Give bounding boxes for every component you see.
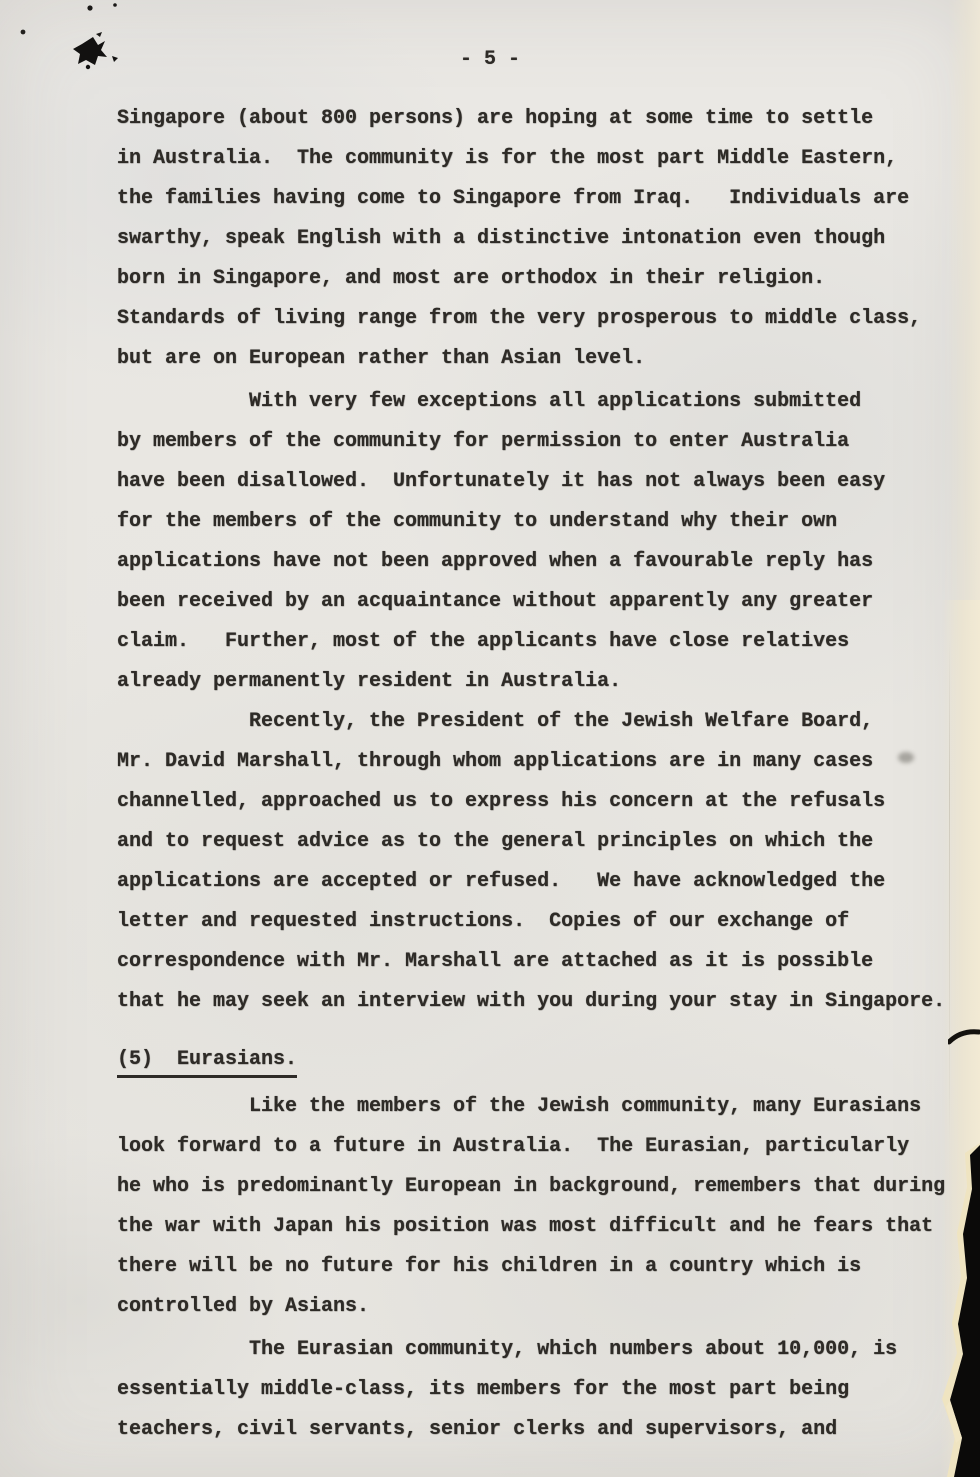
text-line: in Australia. The community is for the m… — [117, 139, 977, 179]
text-line: he who is predominantly European in back… — [117, 1167, 977, 1207]
text-line: With very few exceptions all application… — [117, 382, 977, 422]
text-column: Singapore (about 800 persons) are hoping… — [0, 0, 980, 1477]
paragraph: Like the members of the Jewish community… — [117, 1087, 977, 1327]
text-line: The Eurasian community, which numbers ab… — [117, 1330, 977, 1370]
text-line: claim. Further, most of the applicants h… — [117, 622, 977, 662]
text-line: born in Singapore, and most are orthodox… — [117, 259, 977, 299]
text-line: by members of the community for permissi… — [117, 422, 977, 462]
text-line: been received by an acquaintance without… — [117, 582, 977, 622]
text-line: letter and requested instructions. Copie… — [117, 902, 977, 942]
text-line: Recently, the President of the Jewish We… — [117, 702, 977, 742]
paragraph: With very few exceptions all application… — [117, 382, 977, 702]
text-line: and to request advice as to the general … — [117, 822, 977, 862]
text-line: Standards of living range from the very … — [117, 299, 977, 339]
text-line: applications have not been approved when… — [117, 542, 977, 582]
paragraph: Singapore (about 800 persons) are hoping… — [117, 99, 977, 379]
text-line: swarthy, speak English with a distinctiv… — [117, 219, 977, 259]
heading-underlined-text: (5) Eurasians. — [117, 1048, 297, 1078]
text-line: controlled by Asians. — [117, 1287, 977, 1327]
text-line: channelled, approached us to express his… — [117, 782, 977, 822]
text-line: teachers, civil servants, senior clerks … — [117, 1410, 977, 1450]
text-line: Like the members of the Jewish community… — [117, 1087, 977, 1127]
pen-dash-mark — [948, 1024, 980, 1050]
text-line: the war with Japan his position was most… — [117, 1207, 977, 1247]
text-line: that he may seek an interview with you d… — [117, 982, 977, 1022]
text-line: there will be no future for his children… — [117, 1247, 977, 1287]
ink-smudge — [898, 752, 914, 763]
document-page: - 5 - Singapore (about 800 persons) are … — [0, 0, 980, 1477]
text-line: the families having come to Singapore fr… — [117, 179, 977, 219]
torn-page-corner-bottom-right — [932, 1137, 980, 1477]
text-line: already permanently resident in Australi… — [117, 662, 977, 702]
text-line: applications are accepted or refused. We… — [117, 862, 977, 902]
text-line: for the members of the community to unde… — [117, 502, 977, 542]
text-line: have been disallowed. Unfortunately it h… — [117, 462, 977, 502]
text-line: essentially middle-class, its members fo… — [117, 1370, 977, 1410]
paragraph: The Eurasian community, which numbers ab… — [117, 1330, 977, 1450]
text-line: Mr. David Marshall, through whom applica… — [117, 742, 977, 782]
text-line: Singapore (about 800 persons) are hoping… — [117, 99, 977, 139]
paragraph: Recently, the President of the Jewish We… — [117, 702, 977, 1022]
text-line: but are on European rather than Asian le… — [117, 339, 977, 379]
text-line: correspondence with Mr. Marshall are att… — [117, 942, 977, 982]
section-heading: (5) Eurasians. — [117, 1040, 977, 1080]
heading-line: (5) Eurasians. — [117, 1040, 977, 1080]
text-line: look forward to a future in Australia. T… — [117, 1127, 977, 1167]
